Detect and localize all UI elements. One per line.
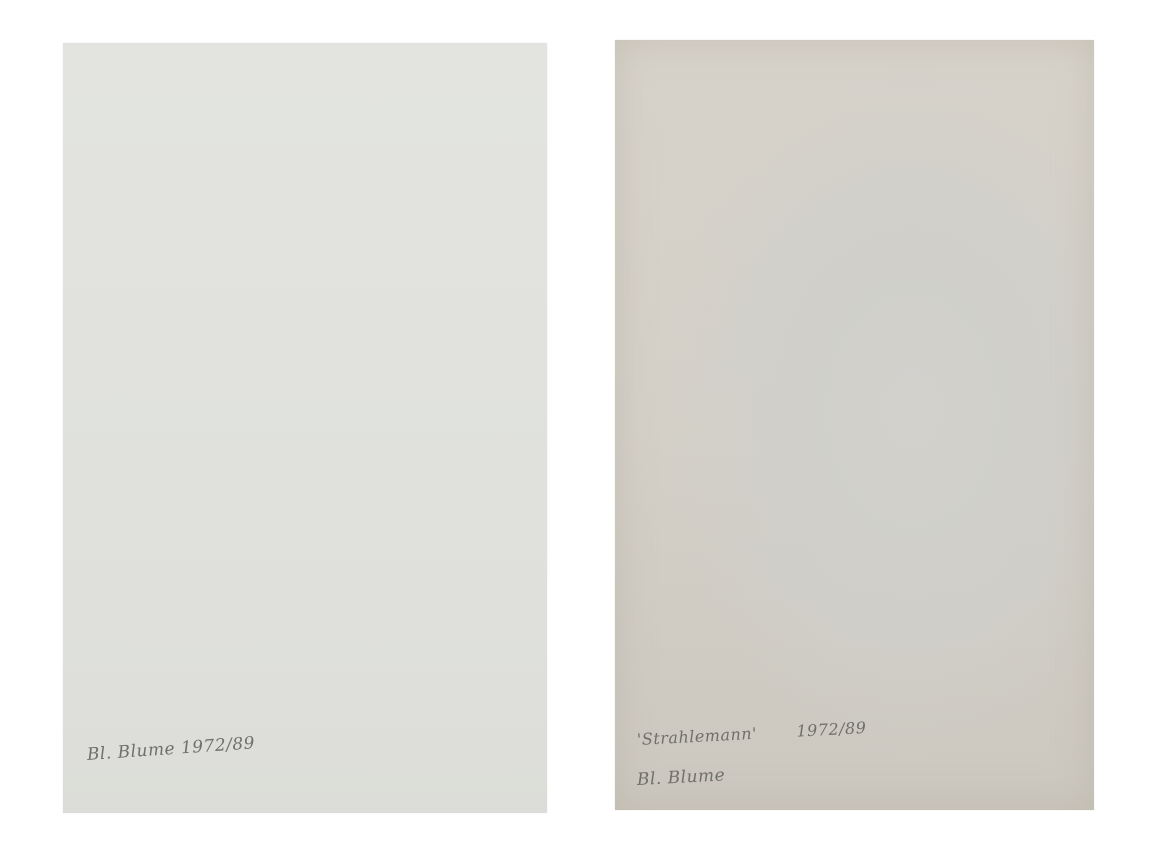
left-paper-sheet: Bl. Blume 1972/89 <box>63 43 547 813</box>
left-handwritten-inscription: Bl. Blume 1972/89 <box>86 733 255 765</box>
left-date-text: 1972/89 <box>180 733 255 758</box>
right-signature-text: Bl. Blume <box>636 765 725 790</box>
photo-stage: Bl. Blume 1972/89 'Strahlemann' 1972/89 … <box>0 0 1149 862</box>
right-date-text: 1972/89 <box>796 718 867 741</box>
right-signature-inscription: Bl. Blume <box>636 765 725 790</box>
right-paper-sheet: 'Strahlemann' 1972/89 Bl. Blume <box>615 40 1094 810</box>
right-title-inscription: 'Strahlemann' 1972/89 <box>637 718 867 749</box>
left-signature-text: Bl. Blume <box>86 739 175 765</box>
right-title-text: 'Strahlemann' <box>637 724 758 749</box>
